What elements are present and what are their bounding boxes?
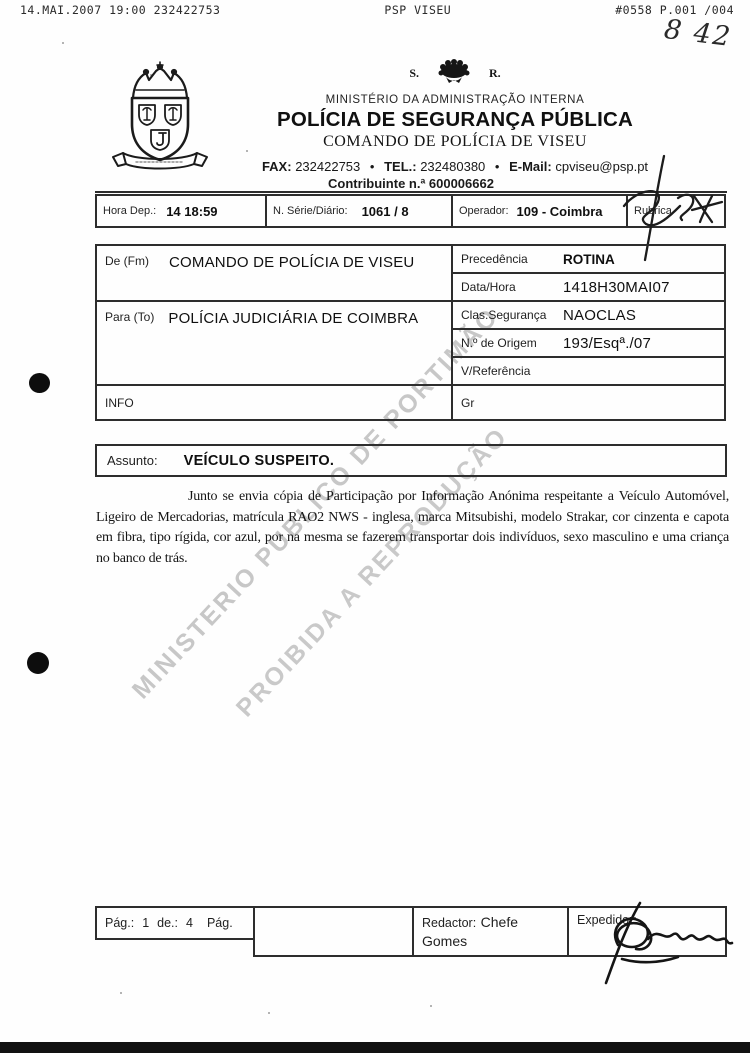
num-origem-label: N.º de Origem [461,336,563,350]
redactor-label: Redactor: [422,916,476,930]
serie-diario-value: 1061 / 8 [362,204,409,219]
fax-label: FAX: [262,159,292,174]
tel-label: TEL.: [384,159,417,174]
operador-value: 109 - Coimbra [517,204,603,219]
fax-header-datetime: 14.MAI.2007 19:00 232422753 [20,3,220,17]
clas-seguranca-value: NAOCLAS [563,307,636,324]
expedidor-signature [560,893,740,988]
handwritten-page-mark: 8 42 [662,14,733,53]
assunto-box: Assunto: VEÍCULO SUSPEITO. [95,444,727,477]
hora-dep-label: Hora Dep.: [103,205,156,217]
fax-header-station: PSP VISEU [384,3,451,17]
assunto-label: Assunto: [107,453,158,468]
info-cell: INFO [95,384,453,421]
gr-label: Gr [461,396,474,410]
pag-suffix: Pág. [207,916,233,930]
data-hora-cell: Data/Hora 1418H30MAI07 [451,272,726,302]
bullet-separator: • [495,159,500,174]
fax-document-page: MINISTERIO PUBLICO DE PORTIMÃO PROIBIDA … [0,0,750,1053]
serie-diario-cell: N. Série/Diário: 1061 / 8 [265,194,453,228]
redactor-cell: Redactor: Chefe Gomes [412,906,569,957]
para-to-value: POLÍCIA JUDICIÁRIA DE COIMBRA [168,310,418,327]
fax-number: 232422753 [295,159,360,174]
national-emblem-icon [433,58,475,88]
hora-dep-value: 14 18:59 [166,204,217,219]
de-fm-value: COMANDO DE POLÍCIA DE VISEU [169,254,414,271]
bullet-separator: • [370,159,375,174]
organization-name: POLÍCIA DE SEGURANÇA PÚBLICA [185,108,725,132]
punch-hole [29,373,50,393]
para-to-cell: Para (To) POLÍCIA JUDICIÁRIA DE COIMBRA [95,300,453,386]
gr-cell: Gr [451,384,726,421]
v-referencia-label: V/Referência [461,364,530,378]
scan-speck [120,992,122,994]
clas-seguranca-label: Clas.Segurança [461,308,563,322]
clas-seguranca-cell: Clas.Segurança NAOCLAS [451,300,726,330]
num-origem-value: 193/Esqª./07 [563,335,651,352]
para-to-label: Para (To) [105,310,154,324]
info-label: INFO [105,396,134,410]
assunto-value: VEÍCULO SUSPEITO. [184,453,335,469]
sr-monogram: S. R. [185,58,725,88]
sr-left-label: S. [409,66,419,81]
pag-label: Pág.: [105,916,134,930]
de-fm-cell: De (Fm) COMANDO DE POLÍCIA DE VISEU [95,244,453,302]
de-fm-label: De (Fm) [105,254,149,268]
precedencia-value: ROTINA [563,252,615,267]
hora-dep-cell: Hora Dep.: 14 18:59 [95,194,267,228]
data-hora-value: 1418H30MAI07 [563,279,670,296]
num-origem-cell: N.º de Origem 193/Esqª./07 [451,328,726,358]
fax-transmission-header: 14.MAI.2007 19:00 232422753 PSP VISEU #0… [0,3,750,17]
email-label: E-Mail: [509,159,552,174]
pag-current: 1 [142,916,149,930]
punch-hole [27,652,49,674]
operador-label: Operador: [459,205,509,217]
footer-empty-cell [253,906,414,957]
tel-number: 232480380 [420,159,485,174]
precedencia-cell: Precedência ROTINA [451,244,726,274]
pag-total: 4 [186,916,193,930]
precedencia-label: Precedência [461,252,563,266]
page-counter-cell: Pág.: 1 de.: 4 Pág. [95,906,255,940]
scan-speck [268,1012,270,1014]
ministry-name: MINISTÉRIO DA ADMINISTRAÇÃO INTERNA [185,94,725,106]
scan-speck [62,42,64,44]
pag-de-label: de.: [157,916,178,930]
message-body: Junto se envia cópia de Participação por… [96,487,729,569]
scan-edge-bar [0,1042,750,1053]
sr-right-label: R. [489,66,501,81]
v-referencia-cell: V/Referência [451,356,726,386]
data-hora-label: Data/Hora [461,280,563,294]
scan-speck [430,1005,432,1007]
command-name: COMANDO DE POLÍCIA DE VISEU [185,133,725,151]
serie-diario-label: N. Série/Diário: [273,205,348,217]
